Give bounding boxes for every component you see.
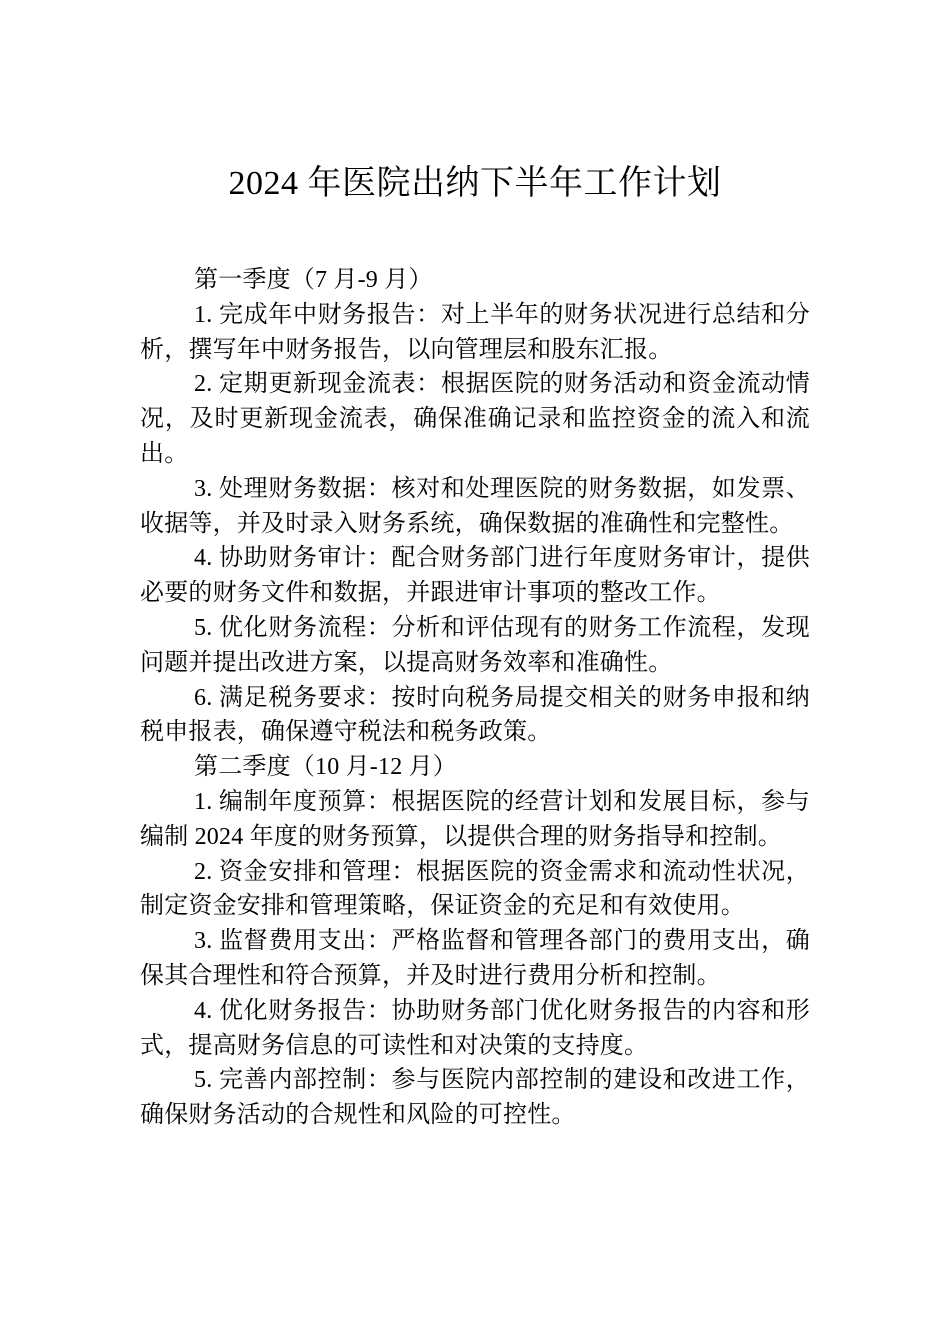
paragraph-q1-item-6: 6. 满足税务要求：按时向税务局提交相关的财务申报和纳税申报表，确保遵守税法和税… xyxy=(140,681,810,751)
section-heading-q1: 第一季度（7 月-9 月） xyxy=(140,263,810,298)
paragraph-q1-item-5: 5. 优化财务流程：分析和评估现有的财务工作流程，发现问题并提出改进方案，以提高… xyxy=(140,611,810,681)
paragraph-q1-item-4: 4. 协助财务审计：配合财务部门进行年度财务审计，提供必要的财务文件和数据，并跟… xyxy=(140,541,810,611)
section-heading-q2: 第二季度（10 月-12 月） xyxy=(140,750,810,785)
paragraph-q1-item-2: 2. 定期更新现金流表：根据医院的财务活动和资金流动情况，及时更新现金流表，确保… xyxy=(140,367,810,471)
paragraph-q2-item-1: 1. 编制年度预算：根据医院的经营计划和发展目标，参与编制 2024 年度的财务… xyxy=(140,785,810,855)
paragraph-q2-item-5: 5. 完善内部控制：参与医院内部控制的建设和改进工作，确保财务活动的合规性和风险… xyxy=(140,1063,810,1133)
document-page: 2024 年医院出纳下半年工作计划 第一季度（7 月-9 月） 1. 完成年中财… xyxy=(0,0,950,1344)
document-title: 2024 年医院出纳下半年工作计划 xyxy=(140,163,810,205)
paragraph-q2-item-3: 3. 监督费用支出：严格监督和管理各部门的费用支出，确保其合理性和符合预算，并及… xyxy=(140,924,810,994)
paragraph-q2-item-2: 2. 资金安排和管理：根据医院的资金需求和流动性状况，制定资金安排和管理策略，保… xyxy=(140,855,810,925)
paragraph-q2-item-4: 4. 优化财务报告：协助财务部门优化财务报告的内容和形式，提高财务信息的可读性和… xyxy=(140,994,810,1064)
paragraph-q1-item-1: 1. 完成年中财务报告：对上半年的财务状况进行总结和分析，撰写年中财务报告，以向… xyxy=(140,298,810,368)
document-body: 第一季度（7 月-9 月） 1. 完成年中财务报告：对上半年的财务状况进行总结和… xyxy=(140,263,810,1133)
paragraph-q1-item-3: 3. 处理财务数据：核对和处理医院的财务数据，如发票、收据等，并及时录入财务系统… xyxy=(140,472,810,542)
